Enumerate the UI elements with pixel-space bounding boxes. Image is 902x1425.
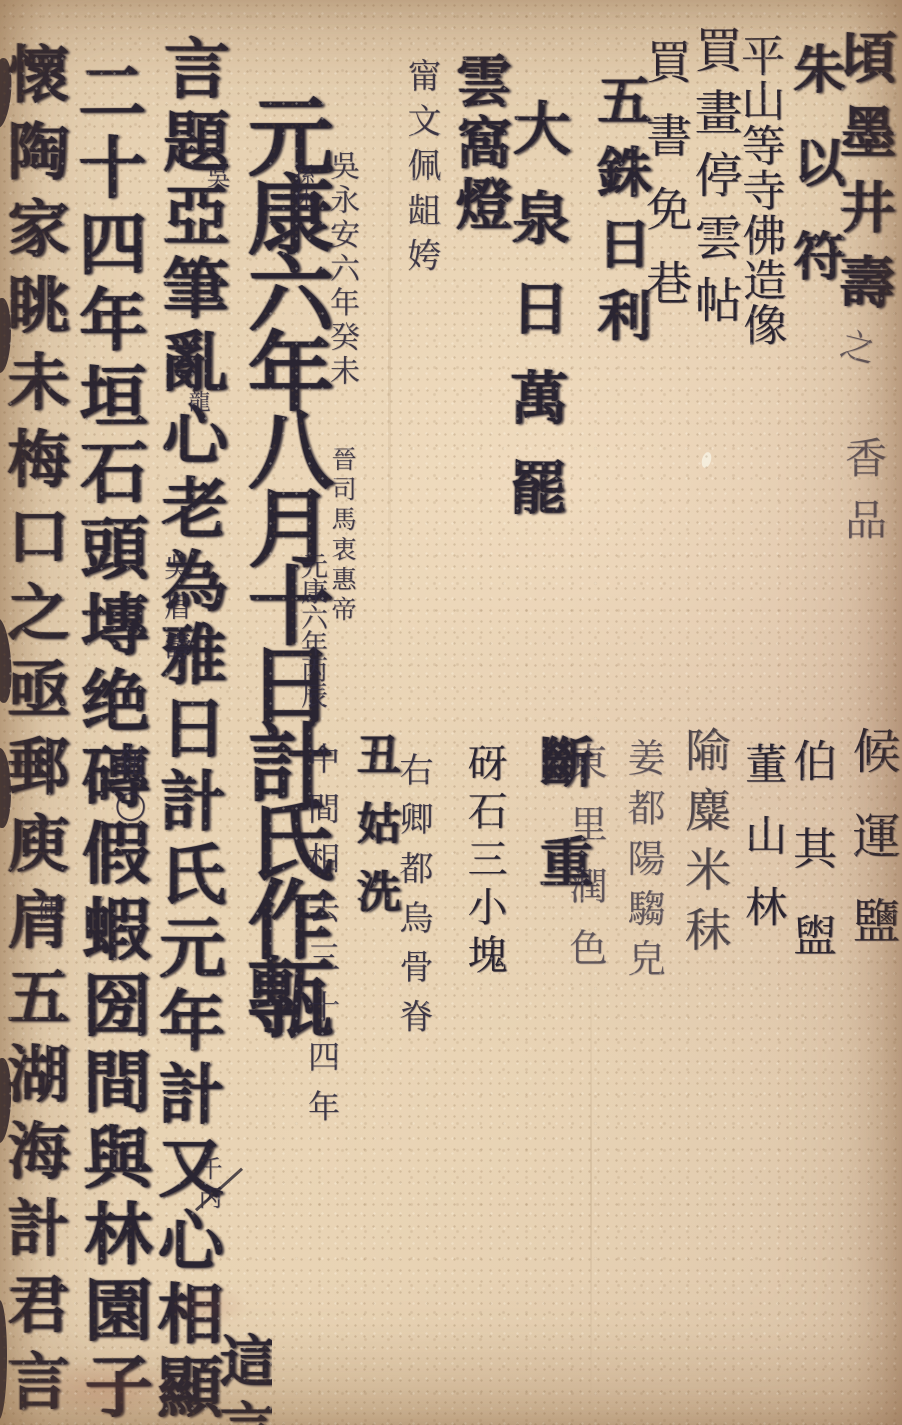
calligraphy-column-buy-paintings: 買畫停雲帖 xyxy=(690,25,738,337)
annotation-wu-yongan-year: 吳永安六年癸未 xyxy=(326,150,356,389)
list-column-small-mid: 右卿都烏骨脊 xyxy=(396,752,430,1048)
calligraphy-column-buddhist-statues: 平山等寺佛造像 xyxy=(736,33,783,348)
left-column-3: 懷陶家眺未梅口之亟郵庾肩五湖海計君言 xyxy=(2,42,64,1425)
left-column-1: 言題亞筆亂心老為雅日計氏元年計又心相顯 xyxy=(151,34,224,1425)
annotation-years-between: 中間相去三十四年 xyxy=(306,742,338,1139)
calligraphy-column-wuzhu-coin: 五銖日利 xyxy=(594,72,648,359)
paper-scratch xyxy=(700,451,713,469)
calligraphy-column-yunwo: 雲窩燈 xyxy=(452,52,508,237)
manuscript-page: 頃墨井壽 朱以符 平山等寺佛造像 買畫停雲帖 買書免巷 五銖日利 大泉日萬罷 雲… xyxy=(0,0,902,1425)
list-column-right-edge-1: 候運鹽 xyxy=(848,726,896,981)
faint-flourish-mark: 之 xyxy=(834,324,875,365)
list-column-mid-right-2: 姜都陽騶皃 xyxy=(624,738,662,989)
interlinear-note-circled: 鈕◯ xyxy=(116,748,144,833)
calligraphy-column-small-right: 甯文佩龃姱 xyxy=(404,58,438,282)
paper-crease xyxy=(590,940,592,1420)
interlinear-note-wu-meishou: 吳眉壽 xyxy=(162,552,190,672)
calligraphy-column-daquan-coin: 大泉日萬罷 xyxy=(504,98,567,548)
left-column-2: 二十四年垣石頭塼绝磚假蝦圀間與林園子 xyxy=(72,56,147,1425)
annotation-yuankang-cyclical-year: 元康六年丙辰 xyxy=(298,552,325,708)
list-column-guxian: 丑姑洗 xyxy=(352,732,396,937)
list-column-right-edge-3: 董山林 xyxy=(742,742,784,956)
paper-crease xyxy=(388,0,391,720)
interlinear-note-2: 龍 xyxy=(186,390,208,412)
interlinear-note-wu: 吳 xyxy=(204,164,228,188)
annotation-sun-xiu: 孫休 xyxy=(292,164,313,210)
list-column-dongli: 東里潤色 xyxy=(566,742,604,990)
list-column-burnishing-stones: 砑石三小塊 xyxy=(464,742,504,982)
calligraphy-column-top-right-2: 朱以符 xyxy=(788,42,840,323)
interlinear-note-5: 便 xyxy=(34,898,58,922)
list-column-right-edge-2: 伯其盥 xyxy=(788,738,832,999)
bottom-clipped-column: 這言 xyxy=(216,1332,272,1425)
annotation-jin-emperor-hui: 晉司馬衷惠帝 xyxy=(330,446,355,626)
interlinear-note-struck-out: 千丙 xyxy=(196,1156,220,1214)
list-column-yumi-ink: 隃麋米秣 xyxy=(682,726,728,965)
faint-right-edge-note: 香品 xyxy=(842,436,884,560)
